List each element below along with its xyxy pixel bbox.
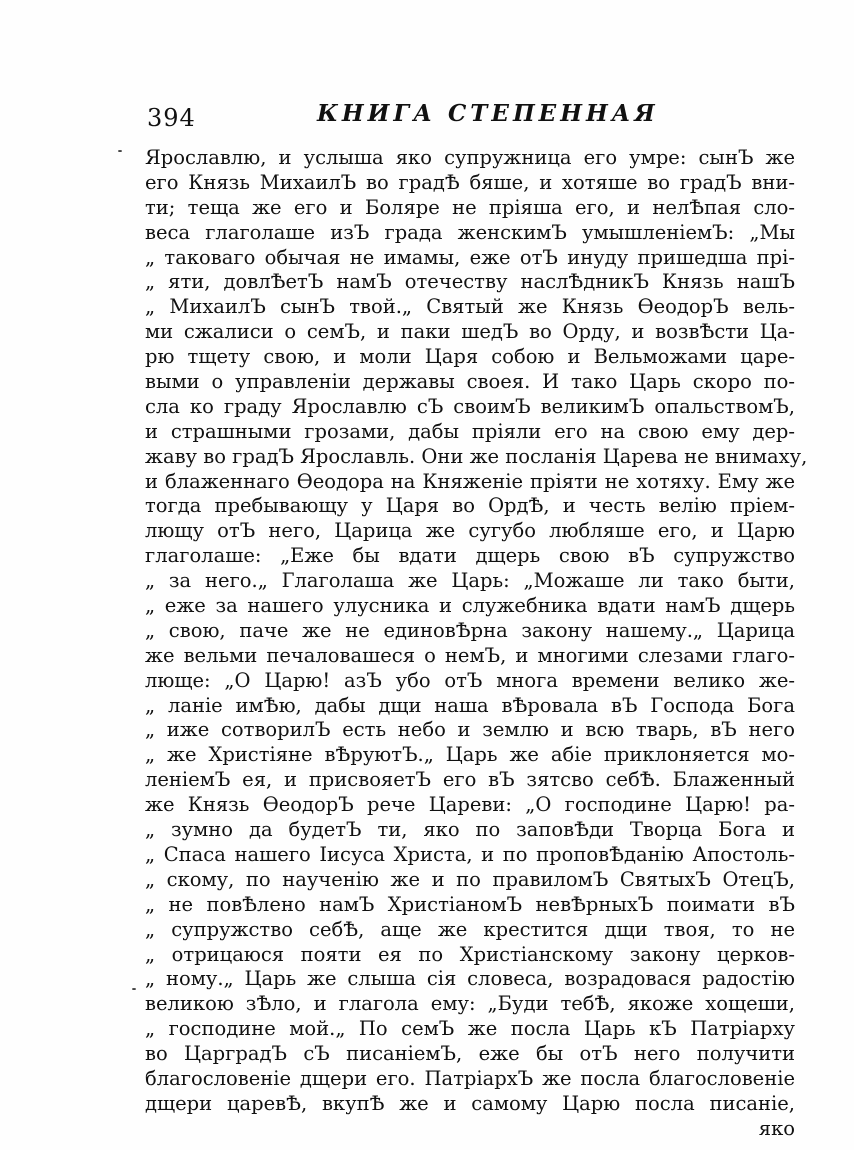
text-line: же вельми печаловашеся о немЪ, и многими… [145,644,795,669]
text-line: во ЦарградЪ сЪ писаніемЪ, еже бы отЪ нег… [145,1042,795,1067]
catchword: яко [145,1117,795,1142]
book-page: 394 КНИГА СТЕПЕННАЯ Ярославлю, и услыша … [0,0,854,1150]
text-line: и блаженнаго Ѳеодора на Княженіе пріяти … [145,470,795,495]
text-line: дщери царевѢ, вкупѢ же и самому Царю пос… [145,1092,795,1117]
text-line: жаву во градЪ Ярославль. Они же посланія… [145,445,795,470]
text-line: рю тщету свою, и моли Царя собою и Вельм… [145,345,795,370]
text-line: тогда пребывающу у Царя во ОрдѢ, и честь… [145,494,795,519]
text-line: сла ко граду Ярославлю сЪ своимЪ великим… [145,395,795,420]
text-line: „ отрицаюся пояти ея по Христіанскому за… [145,943,795,968]
text-line: благословеніе дщери его. ПатріархЪ же по… [145,1067,795,1092]
running-title: КНИГА СТЕПЕННАЯ [317,100,659,127]
text-line: же Князь ѲеодорЪ рече Цареви: „О господи… [145,793,795,818]
body-text: Ярославлю, и услыша яко супружница его у… [145,146,795,1142]
text-line: леніемЪ ея, и присвояетЪ его вЪ зятсво с… [145,768,795,793]
text-line: „ зумно да будетЪ ти, яко по заповѢди Тв… [145,818,795,843]
text-line: „ свою, паче же не единовѢрна закону наш… [145,619,795,644]
text-line: глаголаше: „Еже бы вдати дщерь свою вЪ с… [145,544,795,569]
text-line: выми о управленіи державы своея. И тако … [145,370,795,395]
text-line: веса глаголаше изЪ града женскимЪ умышле… [145,221,795,246]
text-line: „ ланіе имѢю, дабы дщи наша вѢровала вЪ … [145,694,795,719]
text-line: „ не повѢлено намЪ ХристіаномЪ невѢрныхЪ… [145,893,795,918]
page-header: 394 КНИГА СТЕПЕННАЯ [147,100,807,140]
text-line: „ таковаго обычая не имамы, еже отЪ инуд… [145,246,795,271]
text-line: „ за него.„ Глаголаша же Царь: „Можаше л… [145,569,795,594]
ink-speck [132,988,136,990]
text-line: и страшными грозами, дабы пріяли его на … [145,420,795,445]
text-line: „ скому, по наученію же и по правиломЪ С… [145,868,795,893]
text-line: великою зѢло, и глагола ему: „Буди тебѢ,… [145,992,795,1017]
page-number: 394 [147,104,196,132]
text-line: его Князь МихаилЪ во градѢ бяше, и хотяш… [145,171,795,196]
text-line: Ярославлю, и услыша яко супружница его у… [145,146,795,171]
text-line: ти; теща же его и Боляре не пріяша его, … [145,196,795,221]
text-line: „ еже за нашего улусника и служебника вд… [145,594,795,619]
text-line: люще: „О Царю! азЪ убо отЪ многа времени… [145,669,795,694]
text-line: „ же Христіяне вѢруютЪ.„ Царь же абіе пр… [145,743,795,768]
text-line: „ господине мой.„ По семЪ же посла Царь … [145,1017,795,1042]
text-line: „ МихаилЪ сынЪ твой.„ Святый же Князь Ѳе… [145,295,795,320]
text-line: „ яти, довлѢетЪ намЪ отечеству наслѢдник… [145,270,795,295]
text-line: „ ному.„ Царь же слыша сія словеса, возр… [145,967,795,992]
text-line: ми сжалиси о семЪ, и паки шедЪ во Орду, … [145,320,795,345]
ink-speck [118,150,122,152]
text-line: „ Спаса нашего Іисуса Христа, и по пропо… [145,843,795,868]
text-line: „ супружство себѢ, аще же крестится дщи … [145,918,795,943]
text-line: „ иже сотворилЪ есть небо и землю и всю … [145,718,795,743]
text-line: лющу отЪ него, Царица же сугубо любляше … [145,519,795,544]
